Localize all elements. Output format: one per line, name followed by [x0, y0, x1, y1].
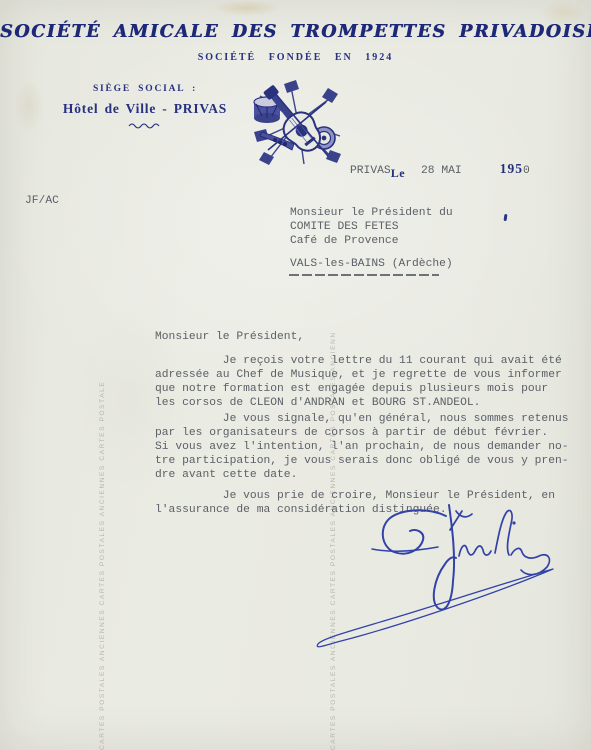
body-line: tre participation, je vous serais donc o…: [155, 455, 569, 467]
letter-page: CARTES POSTALES ANCIENNES CARTES POSTALE…: [0, 0, 591, 750]
dateline-year-typed: 0: [523, 165, 530, 177]
body-line: Je vous prie de croire, Monsieur le Prés…: [155, 490, 555, 502]
dateline-city: PRIVAS: [350, 165, 391, 177]
body-line: l'assurance de ma considération distingu…: [155, 504, 447, 516]
dateline-day-month: 28 MAI: [421, 165, 462, 177]
paragraph-3: Je vous prie de croire, Monsieur le Prés…: [155, 490, 555, 518]
society-subtitle: SOCIÉTÉ FONDÉE EN 1924: [0, 52, 591, 63]
reference-initials: JF/AC: [25, 195, 59, 209]
body-line: dre avant cette date.: [155, 469, 297, 481]
dateline-year-printed: 195: [500, 161, 523, 176]
body-line: les corsos de CLEON d'ANDRAN et BOURG ST…: [155, 397, 480, 409]
siege-social-label: SIÈGE SOCIAL :: [30, 84, 260, 94]
recipient-address: Monsieur le Président du COMITE DES FETE…: [290, 207, 453, 249]
instruments-emblem-icon: [240, 74, 356, 170]
paragraph-1: Je reçois votre lettre du 11 courant qui…: [155, 355, 562, 411]
society-title: SOCIÉTÉ AMICALE DES TROMPETTES PRIVADOIS…: [0, 22, 591, 42]
paragraph-2: Je vous signale, qu'en général, nous som…: [155, 413, 569, 483]
recipient-city: VALS-les-BAINS (Ardèche): [290, 258, 453, 272]
body-line: que notre formation est engagée depuis p…: [155, 383, 548, 395]
squiggle-flourish: [128, 122, 162, 130]
body-line: Je vous signale, qu'en général, nous som…: [155, 413, 569, 425]
body-line: par les organisateurs de corsos à partir…: [155, 427, 548, 439]
salutation: Monsieur le Président,: [155, 331, 304, 345]
recipient-line: Café de Provence: [290, 235, 398, 247]
recipient-line: COMITE DES FETES: [290, 221, 398, 233]
ink-speck: [504, 214, 507, 221]
dateline-le-printed: Le: [391, 166, 405, 180]
body-line: adressée au Chef de Musique, et je regre…: [155, 369, 562, 381]
body-line: Si vous avez l'intention, l'an prochain,…: [155, 441, 569, 453]
paper-stain: [212, 0, 282, 16]
dateline: PRIVASLe28 MAI1950: [350, 160, 530, 178]
body-line: Je reçois votre lettre du 11 courant qui…: [155, 355, 562, 367]
vertical-watermark-text: CARTES POSTALES ANCIENNES CARTES POSTALE…: [99, 382, 106, 750]
typed-underline: [289, 274, 439, 276]
recipient-line: Monsieur le Président du: [290, 207, 453, 219]
siege-social-address: Hôtel de Ville - PRIVAS: [30, 101, 260, 117]
siege-social-block: SIÈGE SOCIAL : Hôtel de Ville - PRIVAS: [30, 84, 260, 135]
